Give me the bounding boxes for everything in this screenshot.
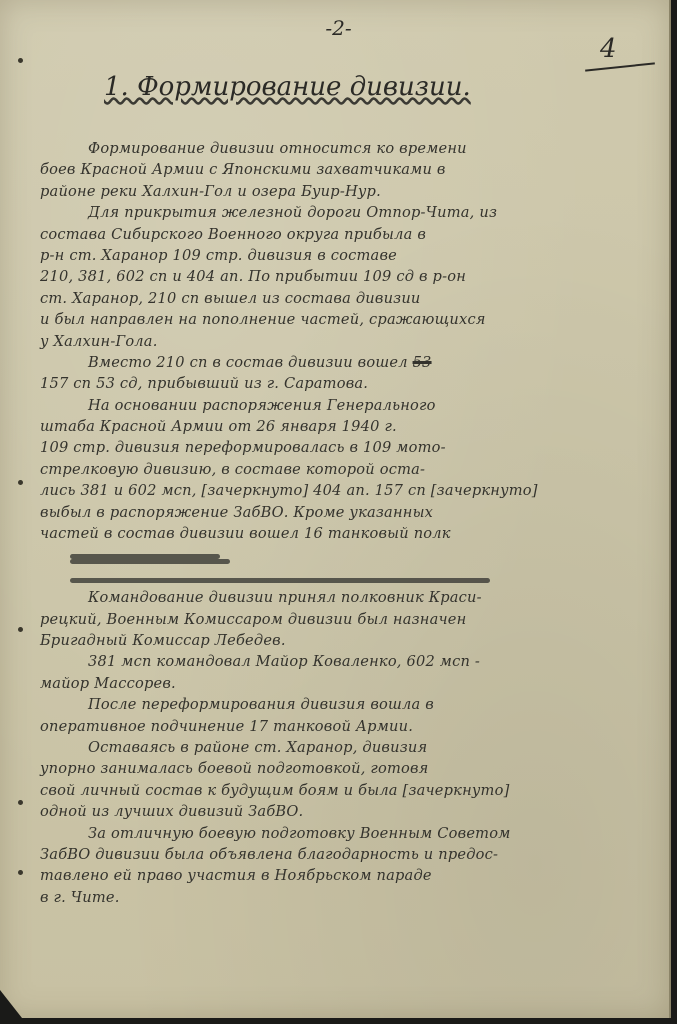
- strikethrough-mark: [70, 578, 490, 583]
- text-line: 109 стр. дивизия переформировалась в 109…: [40, 439, 660, 460]
- punch-hole: [18, 800, 23, 805]
- text-line: Командование дивизии принял полковник Кр…: [40, 589, 660, 610]
- text-line: майор Массорев.: [40, 675, 660, 696]
- text-line: На основании распоряжения Генерального: [40, 397, 660, 418]
- text-line: За отличную боевую подготовку Военным Со…: [40, 825, 660, 846]
- text-line: Вместо 210 сп в состав дивизии вошел 53: [40, 354, 660, 375]
- section-heading: 1. Формирование дивизии.: [104, 72, 471, 102]
- text-line: и был направлен на пополнение частей, ср…: [40, 311, 660, 332]
- text-line: боев Красной Армии с Японскими захватчик…: [40, 161, 660, 182]
- text-line: стрелковую дивизию, в составе которой ос…: [40, 461, 660, 482]
- punch-hole: [18, 58, 23, 63]
- punch-hole: [18, 870, 23, 875]
- text-line: выбыл в распоряжение ЗабВО. Кроме указан…: [40, 504, 660, 525]
- page-number: -2-: [0, 16, 677, 40]
- text-line: лись 381 и 602 мсп, [зачеркнуто] 404 ап.…: [40, 482, 660, 503]
- strikethrough-mark: [70, 559, 230, 564]
- text-line: состава Сибирского Военного округа прибы…: [40, 226, 660, 247]
- text-line: Для прикрытия железной дороги Отпор-Чита…: [40, 204, 660, 225]
- text-line: свой личный состав к будущим боям и была…: [40, 782, 660, 803]
- text-line: 157 сп 53 сд, прибывший из г. Саратова.: [40, 375, 660, 396]
- text-line: рецкий, Военным Комиссаром дивизии был н…: [40, 611, 660, 632]
- struck-text: 53: [413, 354, 432, 371]
- text-segment: Вместо 210 сп в состав дивизии вошел: [88, 354, 408, 371]
- text-line: районе реки Халхин-Гол и озера Буир-Нур.: [40, 183, 660, 204]
- text-line: у Халхин-Гола.: [40, 333, 660, 354]
- text-line: Формирование дивизии относится ко времен…: [40, 140, 660, 161]
- text-line: оперативное подчинение 17 танковой Армии…: [40, 718, 660, 739]
- text-line: упорно занималась боевой подготовкой, го…: [40, 760, 660, 781]
- punch-hole: [18, 627, 23, 632]
- text-line: 381 мсп командовал Майор Коваленко, 602 …: [40, 653, 660, 674]
- text-line: частей в состав дивизии вошел 16 танковы…: [40, 525, 660, 546]
- handwritten-body: Формирование дивизии относится ко времен…: [40, 140, 660, 910]
- text-line: Оставаясь в районе ст. Харанор, дивизия: [40, 739, 660, 760]
- struck-out-line: [40, 546, 660, 567]
- text-line: в г. Чите.: [40, 889, 660, 910]
- folio-number: 4: [600, 34, 617, 64]
- text-line: р-н ст. Харанор 109 стр. дивизия в соста…: [40, 247, 660, 268]
- punch-hole: [18, 480, 23, 485]
- text-line: тавлено ей право участия в Ноябрьском па…: [40, 867, 660, 888]
- text-line: Бригадный Комиссар Лебедев.: [40, 632, 660, 653]
- folio-underline: [585, 62, 655, 71]
- torn-corner: [0, 990, 22, 1018]
- text-line: 210, 381, 602 сп и 404 ап. По прибытии 1…: [40, 268, 660, 289]
- document-page: -2- 4 1. Формирование дивизии. Формирова…: [0, 0, 671, 1018]
- text-line: одной из лучших дивизий ЗабВО.: [40, 803, 660, 824]
- text-line: ЗабВО дивизии была объявлена благодарнос…: [40, 846, 660, 867]
- text-line: После переформирования дивизия вошла в: [40, 696, 660, 717]
- text-line: ст. Харанор, 210 сп вышел из состава див…: [40, 290, 660, 311]
- struck-out-line: [40, 568, 660, 589]
- text-line: штаба Красной Армии от 26 января 1940 г.: [40, 418, 660, 439]
